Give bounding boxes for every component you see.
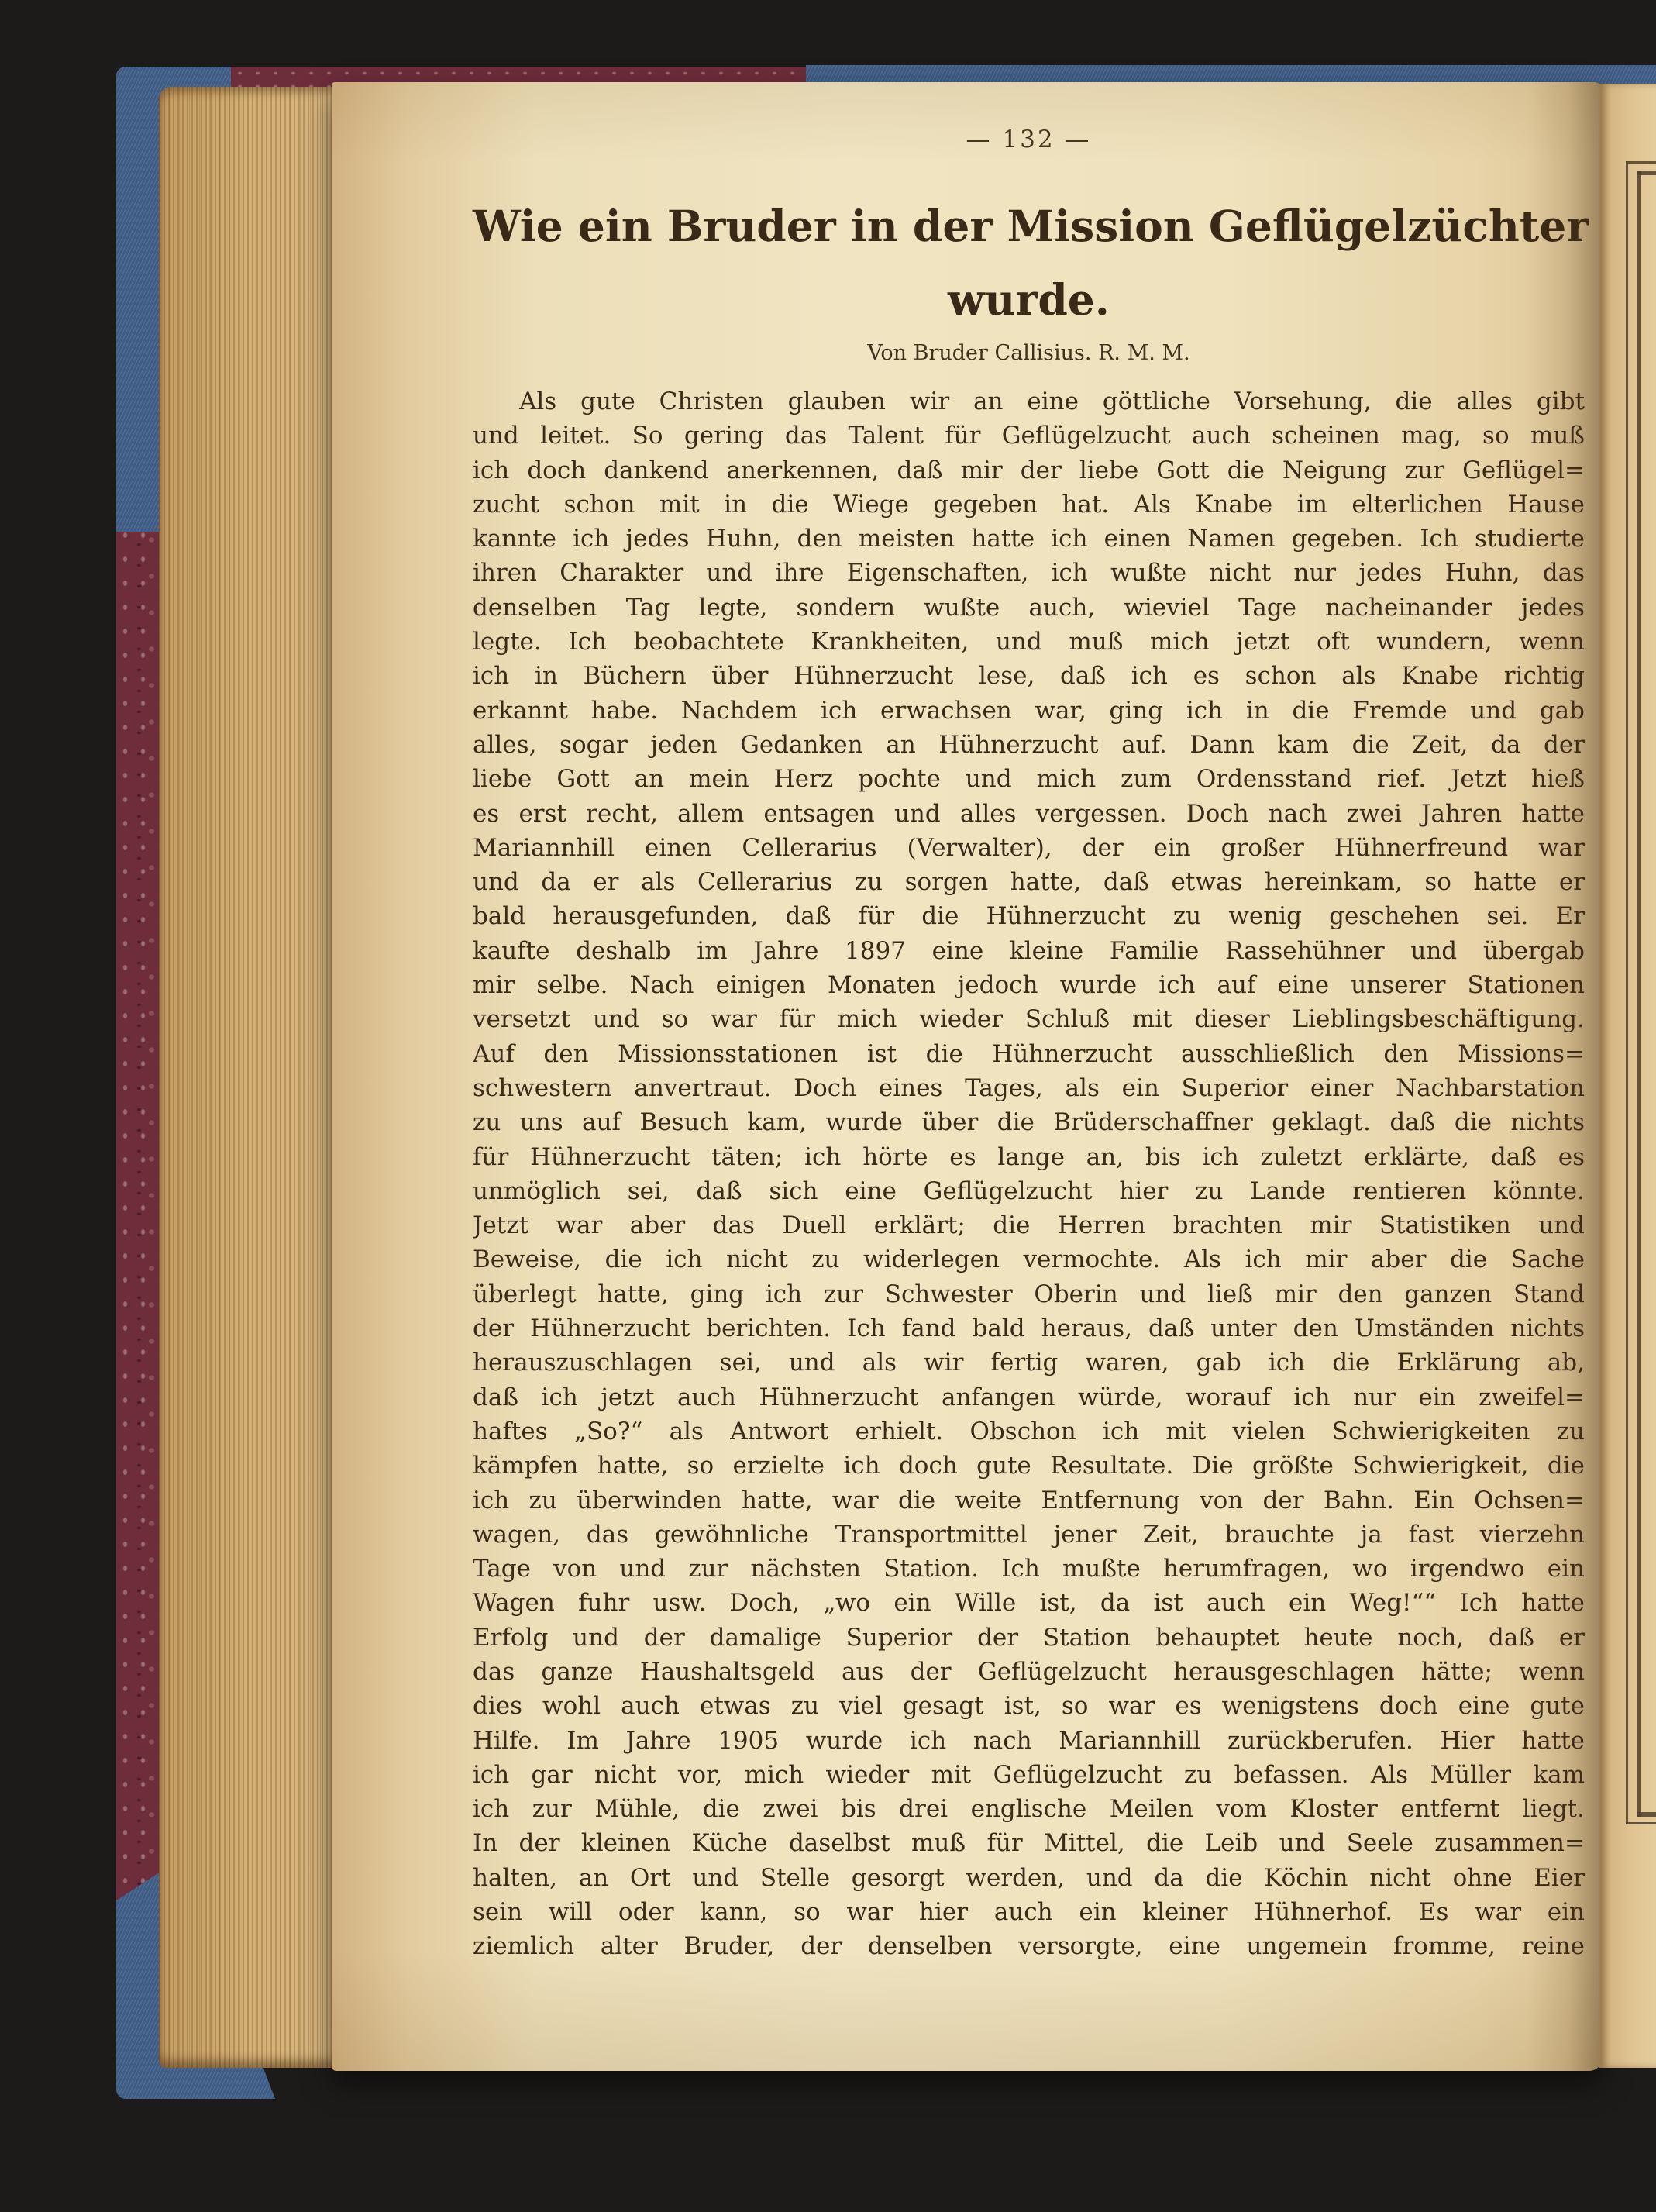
body-text-line: Jetzt war aber das Duell erklärt; die He… — [473, 1208, 1585, 1242]
body-text-line: In der kleinen Küche daselbst muß für Mi… — [473, 1826, 1585, 1860]
body-text-line: halten, an Ort und Stelle gesorgt werden… — [473, 1861, 1585, 1895]
facing-page-frame-vertical-thick — [1637, 171, 1641, 1817]
body-text: Als gute Christen glauben wir an eine gö… — [473, 384, 1585, 1964]
body-text-line: Wagen fuhr usw. Doch, „wo ein Wille ist,… — [473, 1586, 1585, 1620]
gutter-shadow — [1527, 82, 1602, 2071]
body-text-line: Tage von und zur nächsten Station. Ich m… — [473, 1552, 1585, 1586]
body-text-line: alles, sogar jeden Gedanken an Hühnerzuc… — [473, 728, 1585, 762]
body-text-line: kannte ich jedes Huhn, den meisten hatte… — [473, 522, 1585, 556]
body-text-line: liebe Gott an mein Herz pochte und mich … — [473, 762, 1585, 796]
body-text-line: wagen, das gewöhnliche Transportmittel j… — [473, 1518, 1585, 1552]
facing-page-frame-top-thick — [1637, 171, 1656, 175]
book-page: — 132 — Wie ein Bruder in der Mission Ge… — [332, 82, 1602, 2071]
body-text-line: kämpfen hatte, so erzielte ich doch gute… — [473, 1449, 1585, 1483]
body-text-line: dies wohl auch etwas zu viel gesagt ist,… — [473, 1689, 1585, 1723]
body-text-line: herauszuschlagen sei, und als wir fertig… — [473, 1345, 1585, 1380]
facing-page-frame-top-thin — [1626, 161, 1656, 164]
body-text-line: sein will oder kann, so war hier auch ei… — [473, 1895, 1585, 1929]
body-text-line: mir selbe. Nach einigen Monaten jedoch w… — [473, 968, 1585, 1002]
body-text-line: versetzt und so war für mich wieder Schl… — [473, 1002, 1585, 1036]
body-text-line: überlegt hatte, ging ich zur Schwester O… — [473, 1277, 1585, 1311]
body-text-line: für Hühnerzucht täten; ich hörte es lang… — [473, 1140, 1585, 1174]
body-text-line: Hilfe. Im Jahre 1905 wurde ich nach Mari… — [473, 1724, 1585, 1758]
article-title-line1: Wie ein Bruder in der Mission Geflügelzü… — [473, 189, 1585, 263]
body-text-line: unmöglich sei, daß sich eine Geflügelzuc… — [473, 1174, 1585, 1208]
body-text-line: zucht schon mit in die Wiege gegeben hat… — [473, 488, 1585, 522]
body-text-line: legte. Ich beobachtete Krankheiten, und … — [473, 625, 1585, 659]
body-text-line: ich zu überwinden hatte, war die weite E… — [473, 1483, 1585, 1518]
body-text-line: ihren Charakter und ihre Eigenschaften, … — [473, 556, 1585, 590]
body-text-line: zu uns auf Besuch kam, wurde über die Br… — [473, 1105, 1585, 1139]
article-byline: Von Bruder Callisius. R. M. M. — [473, 341, 1585, 365]
body-text-line: Beweise, die ich nicht zu widerlegen ver… — [473, 1242, 1585, 1277]
body-text-line: Mariannhill einen Cellerarius (Verwalter… — [473, 831, 1585, 865]
body-text-line: Erfolg und der damalige Superior der Sta… — [473, 1621, 1585, 1655]
body-text-line: Als gute Christen glauben wir an eine gö… — [473, 384, 1585, 419]
body-text-line: haftes „So?“ als Antwort erhielt. Obscho… — [473, 1414, 1585, 1449]
article-title: Wie ein Bruder in der Mission Geflügelzü… — [473, 189, 1585, 336]
body-text-line: der Hühnerzucht berichten. Ich fand bald… — [473, 1311, 1585, 1345]
facing-page-frame-vertical-thin — [1626, 161, 1628, 1824]
body-text-line: ziemlich alter Bruder, der denselben ver… — [473, 1929, 1585, 1963]
body-text-line: schwestern anvertraut. Doch eines Tages,… — [473, 1071, 1585, 1105]
article-title-line2: wurde. — [473, 263, 1585, 336]
body-text-line: ich in Büchern über Hühnerzucht lese, da… — [473, 659, 1585, 693]
body-text-line: denselben Tag legte, sondern wußte auch,… — [473, 591, 1585, 625]
body-text-line: es erst recht, allem entsagen und alles … — [473, 797, 1585, 831]
book-scan: — 132 — Wie ein Bruder in der Mission Ge… — [0, 0, 1656, 2212]
facing-page-frame-bottom-thick — [1637, 1812, 1656, 1817]
body-text-line: und leitet. So gering das Talent für Gef… — [473, 419, 1585, 453]
facing-page-sliver — [1599, 84, 1656, 2068]
body-text-line: Auf den Missionsstationen ist die Hühner… — [473, 1037, 1585, 1071]
body-text-line: ich gar nicht vor, mich wieder mit Geflü… — [473, 1758, 1585, 1792]
body-text-line: daß ich jetzt auch Hühnerzucht anfangen … — [473, 1380, 1585, 1414]
facing-page-frame-bottom-thin — [1626, 1822, 1656, 1824]
body-text-line: kaufte deshalb im Jahre 1897 eine kleine… — [473, 934, 1585, 968]
body-text-line: und da er als Cellerarius zu sorgen hatt… — [473, 865, 1585, 899]
body-text-line: ich zur Mühle, die zwei bis drei englisc… — [473, 1792, 1585, 1826]
page-number: — 132 — — [473, 126, 1585, 153]
body-text-line: erkannt habe. Nachdem ich erwachsen war,… — [473, 694, 1585, 728]
body-text-line: ich doch dankend anerkennen, daß mir der… — [473, 453, 1585, 488]
body-text-line: bald herausgefunden, daß für die Hühnerz… — [473, 899, 1585, 933]
body-text-line: das ganze Haushaltsgeld aus der Geflügel… — [473, 1655, 1585, 1689]
